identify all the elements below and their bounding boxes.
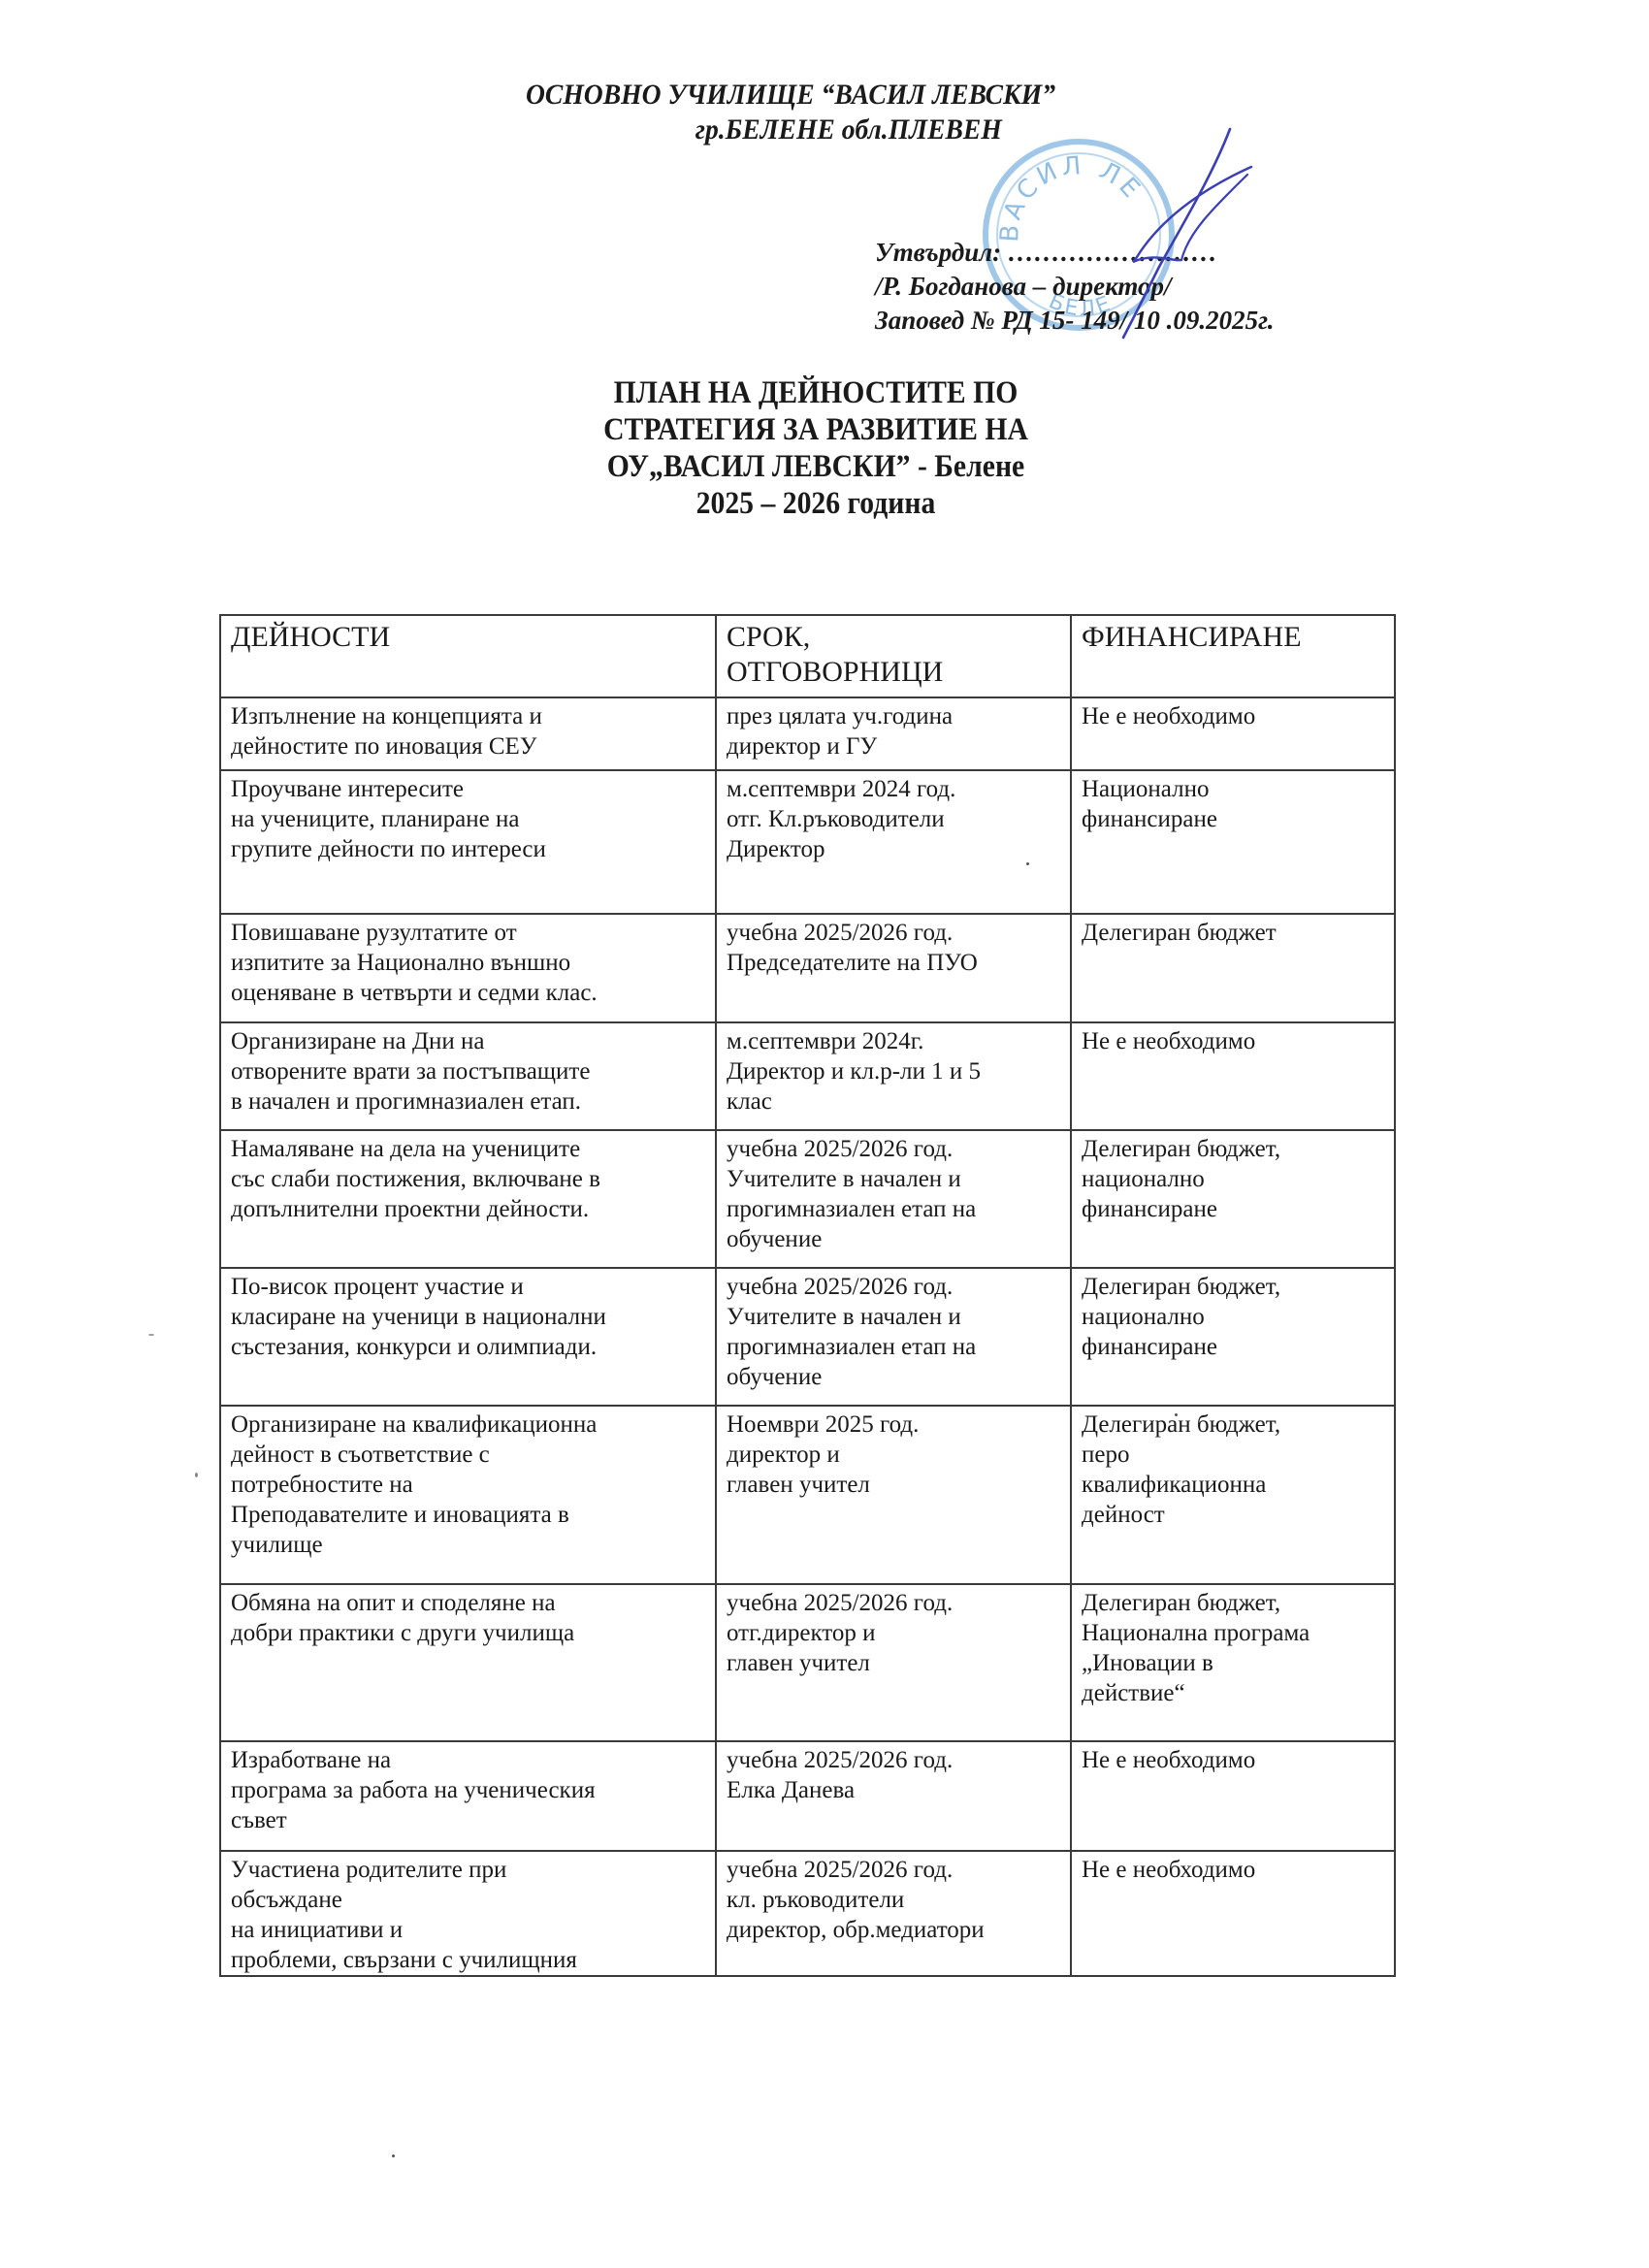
cell-text-line: финансиране bbox=[1082, 1194, 1386, 1224]
activity-cell: Обмяна на опит и споделяне надобри практ… bbox=[220, 1584, 716, 1741]
cell-text-line: съвет bbox=[231, 1805, 707, 1835]
cell-text-line: директор, обр.медиатори bbox=[727, 1915, 1062, 1945]
cell-text-line: прогимназиален етап на bbox=[727, 1332, 1062, 1362]
cell-text-line: Не е необходимо bbox=[1082, 1745, 1386, 1775]
cell-text-line: Проучване интересите bbox=[231, 774, 707, 804]
cell-text-line: Участиена родителите при bbox=[231, 1855, 707, 1885]
table-header-row: ДЕЙНОСТИ СРОК, ОТГОВОРНИЦИ ФИНАНСИРАНЕ bbox=[220, 615, 1395, 697]
activity-cell: Участиена родителите приобсъжданена иниц… bbox=[220, 1851, 716, 1976]
deadline-cell: м.септември 2024г.Директор и кл.р-ли 1 и… bbox=[716, 1022, 1071, 1130]
funding-cell: Делегиран бюджет,националнофинансиране bbox=[1071, 1130, 1395, 1268]
funding-cell: Не е необходимо bbox=[1071, 1851, 1395, 1976]
cell-text-line: Делегиран бюджет, bbox=[1082, 1272, 1386, 1302]
cell-text-line: м.септември 2024 год. bbox=[727, 774, 1062, 804]
activity-cell: Изпълнение на концепцията идейностите по… bbox=[220, 697, 716, 770]
cell-text-line: Преподавателите и иновацията в bbox=[231, 1500, 707, 1530]
activity-cell: Изработване напрограма за работа на учен… bbox=[220, 1741, 716, 1851]
funding-cell: Не е необходимо bbox=[1071, 1741, 1395, 1851]
cell-text-line: учебна 2025/2026 год. bbox=[727, 1588, 1062, 1618]
title-line-2: СТРАТЕГИЯ ЗА РАЗВИТИЕ НА bbox=[65, 411, 1567, 448]
title-line-4: 2025 – 2026 година bbox=[65, 485, 1567, 522]
cell-text-line: квалификационна bbox=[1082, 1470, 1386, 1500]
column-header-activities: ДЕЙНОСТИ bbox=[220, 615, 716, 697]
activity-cell: Организиране на Дни наотворените врати з… bbox=[220, 1022, 716, 1130]
cell-text-line: учебна 2025/2026 год. bbox=[727, 1272, 1062, 1302]
column-header-deadline: СРОК, ОТГОВОРНИЦИ bbox=[716, 615, 1071, 697]
deadline-cell: учебна 2025/2026 год.Учителите в начален… bbox=[716, 1130, 1071, 1268]
cell-text-line: групите дейности по интереси bbox=[231, 834, 707, 864]
cell-text-line: добри практики с други училища bbox=[231, 1618, 707, 1648]
title-line-3: ОУ„ВАСИЛ ЛЕВСКИ” - Белене bbox=[65, 448, 1567, 485]
table-row: Повишаване рузултатите отизпитите за Нац… bbox=[220, 914, 1395, 1022]
cell-text-line: отворените врати за постъпващите bbox=[231, 1056, 707, 1086]
cell-text-line: финансиране bbox=[1082, 804, 1386, 834]
cell-text-line: обучение bbox=[727, 1362, 1062, 1392]
cell-text-line: учебна 2025/2026 год. bbox=[727, 1745, 1062, 1775]
cell-text-line: Делегиран бюджет bbox=[1082, 918, 1386, 948]
cell-text-line: дейност bbox=[1082, 1500, 1386, 1530]
cell-text-line: Делегиран бюджет, bbox=[1082, 1409, 1386, 1440]
cell-text-line: Не е необходимо bbox=[1082, 701, 1386, 731]
cell-text-line: финансиране bbox=[1082, 1332, 1386, 1362]
document-title: ПЛАН НА ДЕЙНОСТИТЕ ПО СТРАТЕГИЯ ЗА РАЗВИ… bbox=[82, 374, 1567, 522]
cell-text-line: Председателите на ПУО bbox=[727, 948, 1062, 978]
cell-text-line: изпитите за Национално външно bbox=[231, 948, 707, 978]
funding-cell: Не е необходимо bbox=[1071, 1022, 1395, 1130]
cell-text-line: кл. ръководители bbox=[727, 1885, 1062, 1915]
activity-cell: Повишаване рузултатите отизпитите за Нац… bbox=[220, 914, 716, 1022]
cell-text-line: Елка Данева bbox=[727, 1775, 1062, 1805]
cell-text-line: дейностите по иновация СЕУ bbox=[231, 731, 707, 761]
approval-block: Утвърдил: …………………… /Р. Богданова – дирек… bbox=[875, 236, 1275, 338]
cell-text-line: Делегиран бюджет, bbox=[1082, 1134, 1386, 1164]
cell-text-line: отг. Кл.ръководители bbox=[727, 804, 1062, 834]
cell-text-line: Учителите в начален и bbox=[727, 1302, 1062, 1332]
funding-cell: Делегиран бюджет,пероквалификационнадейн… bbox=[1071, 1406, 1395, 1584]
cell-text-line: състезания, конкурси и олимпиади. bbox=[231, 1332, 707, 1362]
table-row: Изработване напрограма за работа на учен… bbox=[220, 1741, 1395, 1851]
column-header-funding: ФИНАНСИРАНЕ bbox=[1071, 615, 1395, 697]
table-row: По-висок процент участие икласиране на у… bbox=[220, 1268, 1395, 1406]
cell-text-line: обучение bbox=[727, 1224, 1062, 1254]
cell-text-line: Повишаване рузултатите от bbox=[231, 918, 707, 948]
cell-text-line: Изпълнение на концепцията и bbox=[231, 701, 707, 731]
cell-text-line: перо bbox=[1082, 1440, 1386, 1470]
director-signatory: /Р. Богданова – директор/ bbox=[875, 270, 1275, 304]
activity-cell: Намаляване на дела на ученицитесъс слаби… bbox=[220, 1130, 716, 1268]
cell-text-line: отг.директор и bbox=[727, 1618, 1062, 1648]
cell-text-line: на инициативи и bbox=[231, 1915, 707, 1945]
order-number: Заповед № РД 15- 149/ 10 .09.2025г. bbox=[875, 304, 1275, 338]
cell-text-line: учебна 2025/2026 год. bbox=[727, 1134, 1062, 1164]
funding-cell: Не е необходимо bbox=[1071, 697, 1395, 770]
cell-text-line: на учениците, планиране на bbox=[231, 804, 707, 834]
table-row: Намаляване на дела на ученицитесъс слаби… bbox=[220, 1130, 1395, 1268]
svg-text:ВАСИЛ ЛЕ: ВАСИЛ ЛЕ bbox=[995, 151, 1148, 243]
cell-text-line: прогимназиален етап на bbox=[727, 1194, 1062, 1224]
cell-text-line: Изработване на bbox=[231, 1745, 707, 1775]
cell-text-line: Национална програма bbox=[1082, 1618, 1386, 1648]
funding-cell: Делегиран бюджет,националнофинансиране bbox=[1071, 1268, 1395, 1406]
cell-text-line: Директор bbox=[727, 834, 1062, 864]
cell-text-line: проблеми, свързани с училищния bbox=[231, 1945, 707, 1975]
cell-text-line: По-висок процент участие и bbox=[231, 1272, 707, 1302]
activity-cell: Проучване интереситена учениците, планир… bbox=[220, 770, 716, 914]
activity-cell: Организиране на квалификационнадейност в… bbox=[220, 1406, 716, 1584]
cell-text-line: Учителите в начален и bbox=[727, 1164, 1062, 1194]
cell-text-line: Организиране на Дни на bbox=[231, 1026, 707, 1056]
cell-text-line: през цялата уч.година bbox=[727, 701, 1062, 731]
cell-text-line: програма за работа на ученическия bbox=[231, 1775, 707, 1805]
cell-text-line: клас bbox=[727, 1086, 1062, 1117]
table-row: Изпълнение на концепцията идейностите по… bbox=[220, 697, 1395, 770]
cell-text-line: потребностите на bbox=[231, 1470, 707, 1500]
cell-text-line: национално bbox=[1082, 1302, 1386, 1332]
cell-text-line: Обмяна на опит и споделяне на bbox=[231, 1588, 707, 1618]
cell-text-line: Организиране на квалификационна bbox=[231, 1409, 707, 1440]
cell-text-line: „Иновации в bbox=[1082, 1648, 1386, 1678]
cell-text-line: директор и ГУ bbox=[727, 731, 1062, 761]
approved-by-label: Утвърдил: …………………… bbox=[875, 236, 1275, 270]
table-row: Проучване интереситена учениците, планир… bbox=[220, 770, 1395, 914]
cell-text-line: в начален и прогимназиален етап. bbox=[231, 1086, 707, 1117]
deadline-cell: учебна 2025/2026 год.кл. ръководителидир… bbox=[716, 1851, 1071, 1976]
cell-text-line: Не е необходимо bbox=[1082, 1026, 1386, 1056]
deadline-cell: през цялата уч.годинадиректор и ГУ bbox=[716, 697, 1071, 770]
activities-plan-table: ДЕЙНОСТИ СРОК, ОТГОВОРНИЦИ ФИНАНСИРАНЕ И… bbox=[219, 614, 1396, 1977]
table-row: Организиране на квалификационнадейност в… bbox=[220, 1406, 1395, 1584]
cell-text-line: директор и bbox=[727, 1440, 1062, 1470]
cell-text-line: учебна 2025/2026 год. bbox=[727, 1855, 1062, 1885]
cell-text-line: главен учител bbox=[727, 1648, 1062, 1678]
cell-text-line: Делегиран бюджет, bbox=[1082, 1588, 1386, 1618]
deadline-cell: учебна 2025/2026 год.Елка Данева bbox=[716, 1741, 1071, 1851]
cell-text-line: Директор и кл.р-ли 1 и 5 bbox=[727, 1056, 1062, 1086]
funding-cell: Националнофинансиране bbox=[1071, 770, 1395, 914]
cell-text-line: оценяване в четвърти и седми клас. bbox=[231, 978, 707, 1008]
cell-text-line: със слаби постижения, включване в bbox=[231, 1164, 707, 1194]
cell-text-line: Ноември 2025 год. bbox=[727, 1409, 1062, 1440]
cell-text-line: м.септември 2024г. bbox=[727, 1026, 1062, 1056]
deadline-cell: Ноември 2025 год.директор иглавен учител bbox=[716, 1406, 1071, 1584]
deadline-cell: м.септември 2024 год.отг. Кл.ръководител… bbox=[716, 770, 1071, 914]
funding-cell: Делегиран бюджет bbox=[1071, 914, 1395, 1022]
cell-text-line: обсъждане bbox=[231, 1885, 707, 1915]
table-row: Участиена родителите приобсъжданена иниц… bbox=[220, 1851, 1395, 1976]
school-header: ОСНОВНО УЧИЛИЩЕ “ВАСИЛ ЛЕВСКИ” гр.БЕЛЕНЕ… bbox=[63, 78, 1580, 147]
deadline-cell: учебна 2025/2026 год.отг.директор иглаве… bbox=[716, 1584, 1071, 1741]
school-name: ОСНОВНО УЧИЛИЩЕ “ВАСИЛ ЛЕВСКИ” bbox=[1, 78, 1580, 113]
cell-text-line: Национално bbox=[1082, 774, 1386, 804]
stamp-text-top: ВАСИЛ ЛЕ bbox=[995, 151, 1148, 243]
cell-text-line: класиране на ученици в национални bbox=[231, 1302, 707, 1332]
table-row: Обмяна на опит и споделяне надобри практ… bbox=[220, 1584, 1395, 1741]
deadline-cell: учебна 2025/2026 год.Учителите в начален… bbox=[716, 1268, 1071, 1406]
funding-cell: Делегиран бюджет,Национална програма„Ино… bbox=[1071, 1584, 1395, 1741]
cell-text-line: училище bbox=[231, 1530, 707, 1560]
cell-text-line: учебна 2025/2026 год. bbox=[727, 918, 1062, 948]
cell-text-line: главен учител bbox=[727, 1470, 1062, 1500]
title-line-1: ПЛАН НА ДЕЙНОСТИТЕ ПО bbox=[65, 374, 1567, 411]
activity-cell: По-висок процент участие икласиране на у… bbox=[220, 1268, 716, 1406]
cell-text-line: дейност в съответствие с bbox=[231, 1440, 707, 1470]
deadline-cell: учебна 2025/2026 год.Председателите на П… bbox=[716, 914, 1071, 1022]
table-row: Организиране на Дни наотворените врати з… bbox=[220, 1022, 1395, 1130]
cell-text-line: действие“ bbox=[1082, 1678, 1386, 1708]
cell-text-line: национално bbox=[1082, 1164, 1386, 1194]
cell-text-line: Намаляване на дела на учениците bbox=[231, 1134, 707, 1164]
school-location: гр.БЕЛЕНЕ обл.ПЛЕВЕН bbox=[116, 113, 1580, 147]
cell-text-line: Не е необходимо bbox=[1082, 1855, 1386, 1885]
cell-text-line: допълнителни проектни дейности. bbox=[231, 1194, 707, 1224]
